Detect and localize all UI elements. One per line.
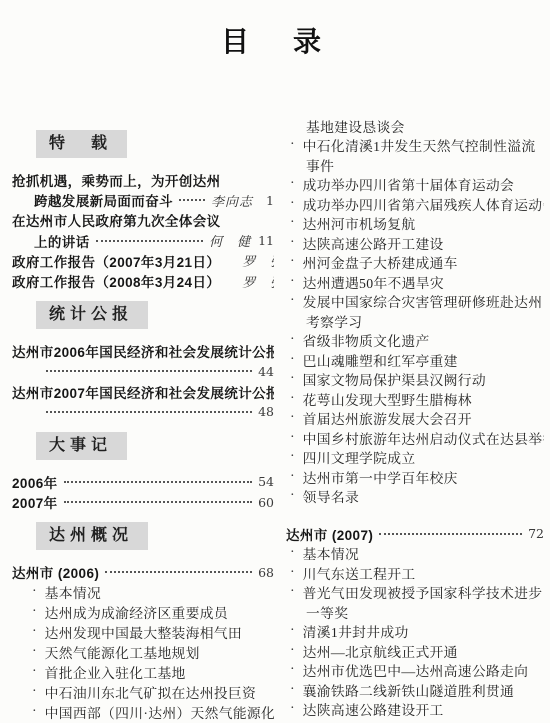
dot-leader xyxy=(105,571,252,573)
toc-left-column: 特 载抢抓机遇，乘势而上，为开创达州跨越发展新局面而奋斗李向志1在达州市人民政府… xyxy=(12,130,274,722)
bullet-item-text: 州河金盘子大桥建成通车 xyxy=(303,253,458,273)
continuation-text: 考察学习 xyxy=(306,311,362,331)
bullet-dot: · xyxy=(32,664,37,680)
bullet-dot: · xyxy=(290,682,295,698)
bullet-item-text: 普光气田发现被授予国家科学技术进步 xyxy=(303,583,543,603)
bullet-item-text: 达州成为成渝经济区重要成员 xyxy=(45,602,228,622)
bullet-dot: · xyxy=(290,196,295,212)
page-number: 72 xyxy=(528,526,544,541)
toc-bullet-item: ·中国西部（四川·达州）天然气能源化工 xyxy=(12,702,274,722)
dot-leader xyxy=(379,533,522,535)
author-name: 罗 强 xyxy=(242,272,274,291)
toc-bullet-item: ·达陕高速公路建设开工 xyxy=(286,700,544,720)
bullet-item-text: 中国西部（四川·达州）天然气能源化工 xyxy=(45,702,274,722)
bullet-dot: · xyxy=(32,704,37,720)
bullet-dot: · xyxy=(290,274,295,290)
bullet-item-text: 中国乡村旅游年达州启动仪式在达县举行 xyxy=(303,428,544,448)
bullet-item-text: 天然气能源化工基地规划 xyxy=(45,642,200,662)
toc-bullet-item: ·普光气田发现被授予国家科学技术进步 xyxy=(286,583,544,603)
author-name: 罗 强 xyxy=(242,251,274,270)
bullet-dot: · xyxy=(290,137,295,153)
bullet-item-text: 花萼山发现大型野生腊梅林 xyxy=(303,389,472,409)
entry-title: 2006年 xyxy=(12,472,58,492)
toc-entry: 政府工作报告（2008年3月24日）罗 强29 xyxy=(12,271,274,291)
bullet-dot: · xyxy=(32,644,37,660)
bullet-item-text: 清溪1井封井成功 xyxy=(303,622,409,642)
continuation-text: 事件 xyxy=(306,155,334,175)
continuation-line: 考察学习 xyxy=(286,311,544,331)
toc-bullet-item: ·中国乡村旅游年达州启动仪式在达县举行 xyxy=(286,428,544,448)
dot-leader xyxy=(96,240,203,242)
toc-bullet-item: ·花萼山发现大型野生腊梅林 xyxy=(286,389,544,409)
toc-entry: 达州市 (2006)68 xyxy=(12,562,274,582)
toc-bullet-item: ·中石油川东北气矿拟在达州投巨资 xyxy=(12,682,274,702)
bullet-item-text: 基本情况 xyxy=(303,544,359,564)
toc-entry: 达州市2007年国民经济和社会发展统计公报 xyxy=(12,382,274,402)
bullet-dot: · xyxy=(290,449,295,465)
toc-bullet-item: ·达州—北京航线正式开通 xyxy=(286,641,544,661)
continuation-line: 基地建设恳谈会 xyxy=(286,116,544,136)
bullet-item-text: 省级非物质文化遗产 xyxy=(303,331,430,351)
toc-bullet-item: ·中石化清溪1井发生天然气控制性溢流 xyxy=(286,136,544,156)
toc-entry: 抢抓机遇，乘势而上，为开创达州 xyxy=(12,170,274,190)
bullet-dot: · xyxy=(290,176,295,192)
bullet-item-text: 达州—北京航线正式开通 xyxy=(303,641,458,661)
dot-leader xyxy=(64,481,253,483)
toc-bullet-item: ·达州遭遇50年不遇旱灾 xyxy=(286,272,544,292)
bullet-dot: · xyxy=(290,235,295,251)
bullet-item-text: 首届达州旅游发展大会召开 xyxy=(303,409,472,429)
toc-bullet-item: ·清溪1井封井成功 xyxy=(286,622,544,642)
section-header: 大事记 xyxy=(36,432,127,460)
toc-entry: 达州市 (2007)72 xyxy=(286,524,544,544)
bullet-dot: · xyxy=(290,643,295,659)
author-name: 李向志 xyxy=(211,191,253,210)
toc-bullet-item: ·首届达州旅游发展大会召开 xyxy=(286,409,544,429)
entry-title: 政府工作报告（2008年3月24日） xyxy=(12,271,220,291)
bullet-dot: · xyxy=(290,623,295,639)
author-name: 何 健 xyxy=(209,231,251,250)
document-title: 目 录 xyxy=(0,20,550,60)
toc-bullet-item: ·达州河市机场复航 xyxy=(286,214,544,234)
bullet-dot: · xyxy=(32,584,37,600)
continuation-text: 基地建设恳谈会 xyxy=(306,116,405,136)
bullet-item-text: 达州市第一中学百年校庆 xyxy=(303,467,458,487)
bullet-dot: · xyxy=(290,371,295,387)
entry-title: 达州市 (2007) xyxy=(286,524,373,544)
bullet-item-text: 成功举办四川省第六届残疾人体育运动会 xyxy=(303,194,544,214)
toc-bullet-item: ·达陕高速公路开工建设 xyxy=(286,233,544,253)
bullet-item-text: 达州市优选巴中—达州高速公路走向 xyxy=(303,661,529,681)
entry-title: 2007年 xyxy=(12,492,58,512)
entry-title: 达州市2007年国民经济和社会发展统计公报 xyxy=(12,382,274,402)
toc-right-column: 基地建设恳谈会·中石化清溪1井发生天然气控制性溢流事件·成功举办四川省第十届体育… xyxy=(286,116,544,719)
toc-bullet-item: ·基本情况 xyxy=(12,582,274,602)
page-number: 60 xyxy=(258,495,274,510)
entry-title: 政府工作报告（2007年3月21日） xyxy=(12,251,220,271)
bullet-dot: · xyxy=(290,352,295,368)
entry-title: 抢抓机遇，乘势而上，为开创达州 xyxy=(12,170,221,190)
toc-bullet-item: ·四川文理学院成立 xyxy=(286,448,544,468)
toc-entry: 政府工作报告（2007年3月21日）罗 强18 xyxy=(12,251,274,271)
bullet-dot: · xyxy=(290,410,295,426)
bullet-dot: · xyxy=(290,254,295,270)
bullet-dot: · xyxy=(290,701,295,717)
toc-entry: 跨越发展新局面而奋斗李向志1 xyxy=(12,190,274,210)
toc-bullet-item: ·成功举办四川省第十届体育运动会 xyxy=(286,175,544,195)
bullet-dot: · xyxy=(32,624,37,640)
continuation-text: 一等奖 xyxy=(306,602,348,622)
bullet-item-text: 达州遭遇50年不遇旱灾 xyxy=(303,272,444,292)
toc-bullet-item: ·领导名录 xyxy=(286,487,544,507)
bullet-item-text: 中石油川东北气矿拟在达州投巨资 xyxy=(45,682,256,702)
bullet-dot: · xyxy=(290,565,295,581)
page-number: 54 xyxy=(258,474,274,489)
bullet-item-text: 中石化清溪1井发生天然气控制性溢流 xyxy=(303,136,536,156)
page-number: 68 xyxy=(258,565,274,580)
bullet-dot: · xyxy=(290,545,295,561)
toc-entry: 在达州市人民政府第九次全体会议 xyxy=(12,210,274,230)
toc-bullet-item: ·达州发现中国最大整装海相气田 xyxy=(12,622,274,642)
bullet-item-text: 四川文理学院成立 xyxy=(303,448,416,468)
toc-entry: 2007年60 xyxy=(12,492,274,512)
bullet-item-text: 襄渝铁路二线新铁山隧道胜利贯通 xyxy=(303,680,514,700)
toc-bullet-item: ·巴山魂雕塑和红军亭重建 xyxy=(286,350,544,370)
toc-bullet-item: ·州河金盘子大桥建成通车 xyxy=(286,253,544,273)
bullet-item-text: 达州河市机场复航 xyxy=(303,214,416,234)
bullet-dot: · xyxy=(32,684,37,700)
page-number: 48 xyxy=(258,404,274,419)
toc-bullet-item: ·天然气能源化工基地规划 xyxy=(12,642,274,662)
dot-leader xyxy=(179,199,205,201)
bullet-dot: · xyxy=(290,469,295,485)
bullet-dot: · xyxy=(290,332,295,348)
bullet-dot: · xyxy=(32,604,37,620)
page-number: 44 xyxy=(258,364,274,379)
bullet-item-text: 达州发现中国最大整装海相气田 xyxy=(45,622,242,642)
bullet-item-text: 国家文物局保护渠县汉阙行动 xyxy=(303,370,486,390)
toc-entry: 达州市2006年国民经济和社会发展统计公报 xyxy=(12,341,274,361)
page-number: 11 xyxy=(258,233,274,248)
continuation-line: 一等奖 xyxy=(286,602,544,622)
bullet-item-text: 巴山魂雕塑和红军亭重建 xyxy=(303,350,458,370)
dot-leader xyxy=(46,370,252,372)
bullet-dot: · xyxy=(290,215,295,231)
bullet-item-text: 首批企业入驻化工基地 xyxy=(45,662,186,682)
entry-title: 跨越发展新局面而奋斗 xyxy=(34,190,173,210)
bullet-dot: · xyxy=(290,662,295,678)
entry-title: 达州市 (2006) xyxy=(12,562,99,582)
bullet-item-text: 基本情况 xyxy=(45,582,101,602)
toc-bullet-item: ·国家文物局保护渠县汉阙行动 xyxy=(286,370,544,390)
bullet-dot: · xyxy=(290,391,295,407)
toc-entry: 48 xyxy=(12,402,274,422)
toc-bullet-item: ·省级非物质文化遗产 xyxy=(286,331,544,351)
toc-bullet-item: ·发展中国家综合灾害管理研修班赴达州 xyxy=(286,292,544,312)
toc-entry: 上的讲话何 健11 xyxy=(12,231,274,251)
entry-title: 达州市2006年国民经济和社会发展统计公报 xyxy=(12,341,274,361)
bullet-dot: · xyxy=(290,293,295,309)
dot-leader xyxy=(46,411,252,413)
bullet-dot: · xyxy=(290,488,295,504)
toc-entry: 2006年54 xyxy=(12,472,274,492)
toc-bullet-item: ·达州成为成渝经济区重要成员 xyxy=(12,602,274,622)
bullet-item-text: 领导名录 xyxy=(303,487,359,507)
scanned-toc-page: 目 录 特 载抢抓机遇，乘势而上，为开创达州跨越发展新局面而奋斗李向志1在达州市… xyxy=(0,0,550,723)
bullet-item-text: 川气东送工程开工 xyxy=(303,563,416,583)
toc-entry: 44 xyxy=(12,361,274,381)
section-header: 统计公报 xyxy=(36,301,148,329)
continuation-line: 事件 xyxy=(286,155,544,175)
dot-leader xyxy=(64,501,253,503)
section-header: 特 载 xyxy=(36,130,127,158)
bullet-item-text: 发展中国家综合灾害管理研修班赴达州 xyxy=(303,292,543,312)
bullet-dot: · xyxy=(290,584,295,600)
toc-bullet-item: ·基本情况 xyxy=(286,544,544,564)
entry-title: 在达州市人民政府第九次全体会议 xyxy=(12,210,221,230)
entry-title: 上的讲话 xyxy=(34,231,90,251)
section-header: 达州概况 xyxy=(36,522,148,550)
bullet-dot: · xyxy=(290,430,295,446)
toc-bullet-item: ·达州市优选巴中—达州高速公路走向 xyxy=(286,661,544,681)
bullet-item-text: 达陕高速公路建设开工 xyxy=(303,700,444,720)
toc-bullet-item: ·川气东送工程开工 xyxy=(286,563,544,583)
toc-bullet-item: ·成功举办四川省第六届残疾人体育运动会 xyxy=(286,194,544,214)
bullet-item-text: 达陕高速公路开工建设 xyxy=(303,233,444,253)
toc-bullet-item: ·首批企业入驻化工基地 xyxy=(12,662,274,682)
page-number: 1 xyxy=(260,193,274,208)
bullet-item-text: 成功举办四川省第十届体育运动会 xyxy=(303,175,514,195)
toc-bullet-item: ·达州市第一中学百年校庆 xyxy=(286,467,544,487)
toc-bullet-item: ·襄渝铁路二线新铁山隧道胜利贯通 xyxy=(286,680,544,700)
